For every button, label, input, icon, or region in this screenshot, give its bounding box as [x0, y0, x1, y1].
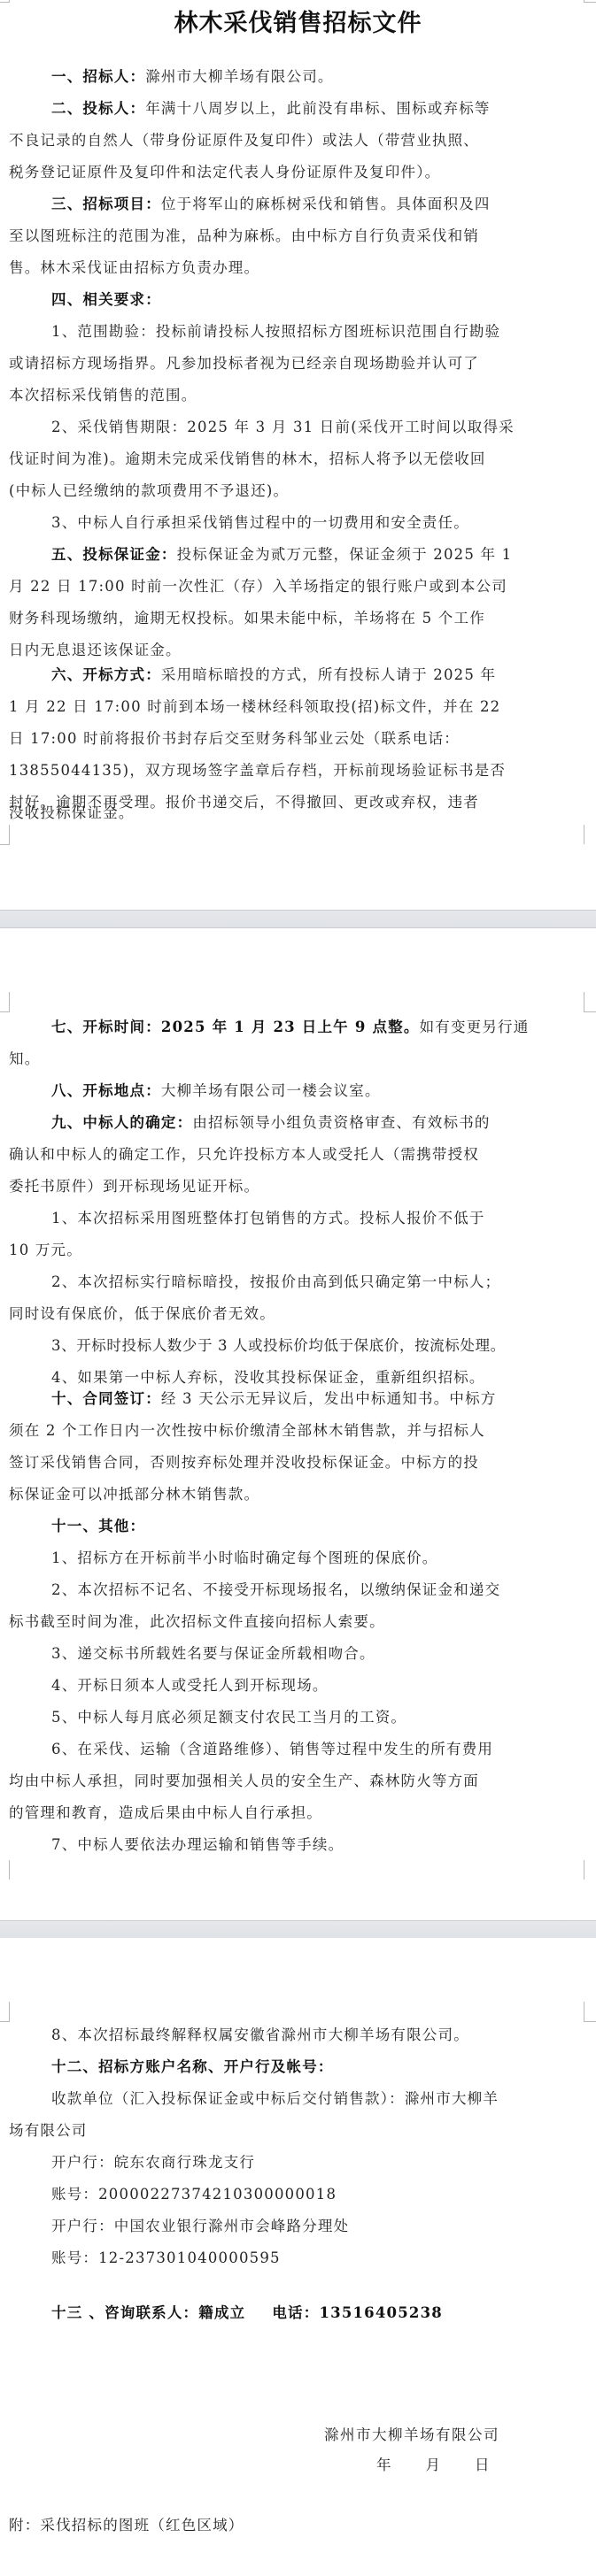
page-corner-mark	[0, 992, 10, 1012]
section-heading: 一、招标人：	[51, 68, 145, 85]
text-line: 或请招标方现场指界。凡参加投标者视为已经亲自现场勘验并认可了	[9, 353, 584, 374]
section-heading: 三、招标项目：	[51, 196, 161, 212]
document-title: 林木采伐销售招标文件	[0, 4, 596, 38]
page-break	[0, 910, 596, 928]
section-11-heading: 十一、其他：	[51, 1516, 584, 1537]
text-line: 10 万元。	[9, 1240, 584, 1261]
text-line: 至以图班标注的范围为准，品种为麻栎。由中标方自行负责采伐和销	[9, 226, 584, 247]
text-line: 签订采伐销售合同，否则按弃标处理并没收投标保证金。中标方的投	[9, 1452, 584, 1473]
text-line: (中标人已经缴纳的款项费用不予退还)。	[9, 481, 584, 502]
contact-phone: 电话：13516405238	[272, 2304, 443, 2321]
text-line: 2、本次招标实行暗标暗投，按报价由高到低只确定第一中标人；	[51, 1272, 584, 1293]
bank-name: 开户行：中国农业银行滁州市会峰路分理处	[51, 2216, 584, 2237]
section-1: 一、招标人：滁州市大柳羊场有限公司。	[51, 66, 584, 88]
section-10: 十、合同签订：经 3 天公示无异议后，发出中标通知书。中标方	[51, 1388, 584, 1410]
page-corner-mark	[584, 0, 596, 3]
text-line: 没收投标保证金。	[9, 803, 584, 824]
text-line: 标书截至时间为准，此次招标文件直接向招标人索要。	[9, 1611, 584, 1633]
text-line: 3、递交标书所载姓名要与保证金所载相吻合。	[51, 1643, 584, 1665]
section-text: 如有变更另行通	[420, 1019, 530, 1035]
account-number: 账号：12-237301040000595	[51, 2248, 584, 2269]
text-line: 标保证金可以冲抵部分林木销售款。	[9, 1484, 584, 1505]
page-break	[0, 1920, 596, 1939]
section-heading: 七、开标时间：2025 年 1 月 23 日上午 9 点整。	[51, 1019, 420, 1035]
section-2: 二、投标人：年满十八周岁以上，此前没有串标、围标或弃标等	[51, 98, 584, 119]
text-line: 的管理和教育，造成后果由中标人自行承担。	[9, 1803, 584, 1824]
text-line: 5、中标人每月底必须足额支付农民工当月的工资。	[51, 1707, 584, 1728]
text-line: 本次招标采伐销售的范围。	[9, 385, 584, 406]
section-4-heading: 四、相关要求：	[51, 289, 584, 311]
account-number: 账号：20000227374210300000018	[51, 2184, 584, 2205]
text-line: 月 22 日 17:00 时前一次性汇（存）入羊场指定的银行账户或到本公司	[9, 576, 584, 597]
section-heading: 十、合同签订：	[51, 1390, 161, 1407]
text-line: 财务科现场缴纳，逾期无权投标。如果未能中标，羊场将在 5 个工作	[9, 608, 584, 629]
section-text: 投标保证金为贰万元整，保证金须于 2025 年 1	[177, 546, 513, 563]
section-heading: 九、中标人的确定：	[51, 1114, 192, 1131]
attachment-note: 附：采伐招标的图班（红色区域）	[9, 2515, 584, 2536]
section-text: 位于将军山的麻栎树采伐和销售。具体面积及四	[161, 196, 491, 212]
text-line: 7、中标人要依法办理运输和销售等手续。	[51, 1834, 584, 1856]
section-12-heading: 十二、招标方账户名称、开户行及帐号：	[51, 2057, 584, 2078]
text-line: 1、本次招标采用图班整体打包销售的方式。投标人报价不低于	[51, 1208, 584, 1229]
section-text: 由招标领导小组负责资格审查、有效标书的	[192, 1114, 490, 1131]
section-text: 年满十八周岁以上，此前没有串标、围标或弃标等	[145, 100, 490, 117]
text-line: 4、如果第一中标人弃标，没收其投标保证金，重新组织招标。	[51, 1367, 584, 1388]
text-line: 日内无息退还该保证金。	[9, 640, 584, 661]
text-line: 伐证时间为准)。逾期未完成采伐销售的林木，招标人将予以无偿收回	[9, 449, 584, 470]
payee-line: 收款单位（汇入投标保证金或中标后交付销售款）：滁州市大柳羊	[51, 2088, 584, 2110]
text-line: 4、开标日须本人或受托人到开标现场。	[51, 1675, 584, 1696]
contact-person: 十三 、咨询联系人：籍成立	[51, 2304, 245, 2321]
text-line: 8、本次招标最终解释权属安徽省滁州市大柳羊场有限公司。	[51, 2025, 584, 2046]
payee-line: 场有限公司	[9, 2120, 584, 2142]
text-line: 确认和中标人的确定工作，只允许投标方本人或受托人（需携带授权	[9, 1144, 584, 1165]
text-line: 均由中标人承担，同时要加强相关人员的安全生产、森林防火等方面	[9, 1771, 584, 1792]
section-heading: 二、投标人：	[51, 100, 145, 117]
text-line: 3、开标时投标人数少于 3 人或投标价均低于保底价，按流标处理。	[51, 1335, 584, 1357]
page-corner-mark	[584, 992, 596, 1012]
text-line: 2、采伐销售期限：2025 年 3 月 31 日前(采伐开工时间以取得采	[51, 417, 584, 438]
page-corner-mark	[0, 1860, 10, 1880]
section-13: 十三 、咨询联系人：籍成立电话：13516405238	[51, 2303, 584, 2324]
text-line: 13855044135)，双方现场签字盖章后存档，开标前现场验证标书是否	[9, 760, 584, 781]
page-corner-mark	[584, 825, 596, 844]
page-corner-mark	[0, 0, 10, 3]
text-line: 同时设有保底价，低于保底价者无效。	[9, 1303, 584, 1325]
text-line: 1、范围勘验：投标前请投标人按照招标方图班标识范围自行勘验	[51, 321, 584, 342]
page-corner-mark	[0, 2002, 10, 2022]
section-text: 经 3 天公示无异议后，发出中标通知书。中标方	[161, 1390, 497, 1407]
page-3: 8、本次招标最终解释权属安徽省滁州市大柳羊场有限公司。 十二、招标方账户名称、开…	[0, 1938, 596, 2576]
section-text: 大柳羊场有限公司一楼会议室。	[161, 1082, 381, 1099]
page-corner-mark	[584, 2002, 596, 2022]
section-heading: 六、开标方式：	[51, 666, 161, 683]
page-1: 林木采伐销售招标文件 一、招标人：滁州市大柳羊场有限公司。 二、投标人：年满十八…	[0, 0, 596, 910]
section-6: 六、开标方式：采用暗标暗投的方式，所有投标人请于 2025 年	[51, 665, 584, 686]
section-text: 采用暗标暗投的方式，所有投标人请于 2025 年	[161, 666, 496, 683]
text-line: 1、招标方在开标前半小时临时确定每个图班的保底价。	[51, 1548, 584, 1569]
text-line: 2、本次招标不记名、不接受开标现场报名，以缴纳保证金和递交	[51, 1580, 584, 1601]
page-2: 七、开标时间：2025 年 1 月 23 日上午 9 点整。如有变更另行通 知。…	[0, 928, 596, 1920]
section-7: 七、开标时间：2025 年 1 月 23 日上午 9 点整。如有变更另行通	[51, 1017, 584, 1038]
section-8: 八、开标地点：大柳羊场有限公司一楼会议室。	[51, 1080, 584, 1102]
section-text: 滁州市大柳羊场有限公司。	[145, 68, 333, 85]
page-corner-mark	[584, 1860, 596, 1880]
section-9: 九、中标人的确定：由招标领导小组负责资格审查、有效标书的	[51, 1112, 584, 1134]
text-line: 1 月 22 日 17:00 时前到本场一楼林经科领取投(招)标文件，并在 22	[9, 696, 584, 718]
bank-name: 开户行：皖东农商行珠龙支行	[51, 2152, 584, 2173]
text-line: 知。	[9, 1049, 584, 1070]
signature-date: 年 月 日	[376, 2453, 492, 2474]
text-line: 须在 2 个工作日内一次性按中标价缴清全部林木销售款，并与招标人	[9, 1420, 584, 1442]
text-line: 税务登记证原件及复印件和法定代表人身份证原件及复印件）。	[9, 162, 584, 183]
section-heading: 五、投标保证金：	[51, 546, 177, 563]
text-line: 售。林木采伐证由招标方负责办理。	[9, 258, 584, 279]
text-line: 委托书原件）到开标现场见证开标。	[9, 1176, 584, 1197]
text-line: 日 17:00 时前将报价书封存后交至财务科邹业云处（联系电话：	[9, 728, 584, 750]
text-line: 不良记录的自然人（带身份证原件及复印件）或法人（带营业执照、	[9, 130, 584, 151]
page-corner-mark	[0, 825, 10, 845]
signature-company: 滁州市大柳羊场有限公司	[324, 2423, 499, 2444]
section-3: 三、招标项目：位于将军山的麻栎树采伐和销售。具体面积及四	[51, 194, 584, 215]
section-heading: 八、开标地点：	[51, 1082, 161, 1099]
section-5: 五、投标保证金：投标保证金为贰万元整，保证金须于 2025 年 1	[51, 544, 584, 565]
text-line: 6、在采伐、运输（含道路维修）、销售等过程中发生的所有费用	[51, 1739, 584, 1760]
text-line: 3、中标人自行承担采伐销售过程中的一切费用和安全责任。	[51, 512, 584, 534]
